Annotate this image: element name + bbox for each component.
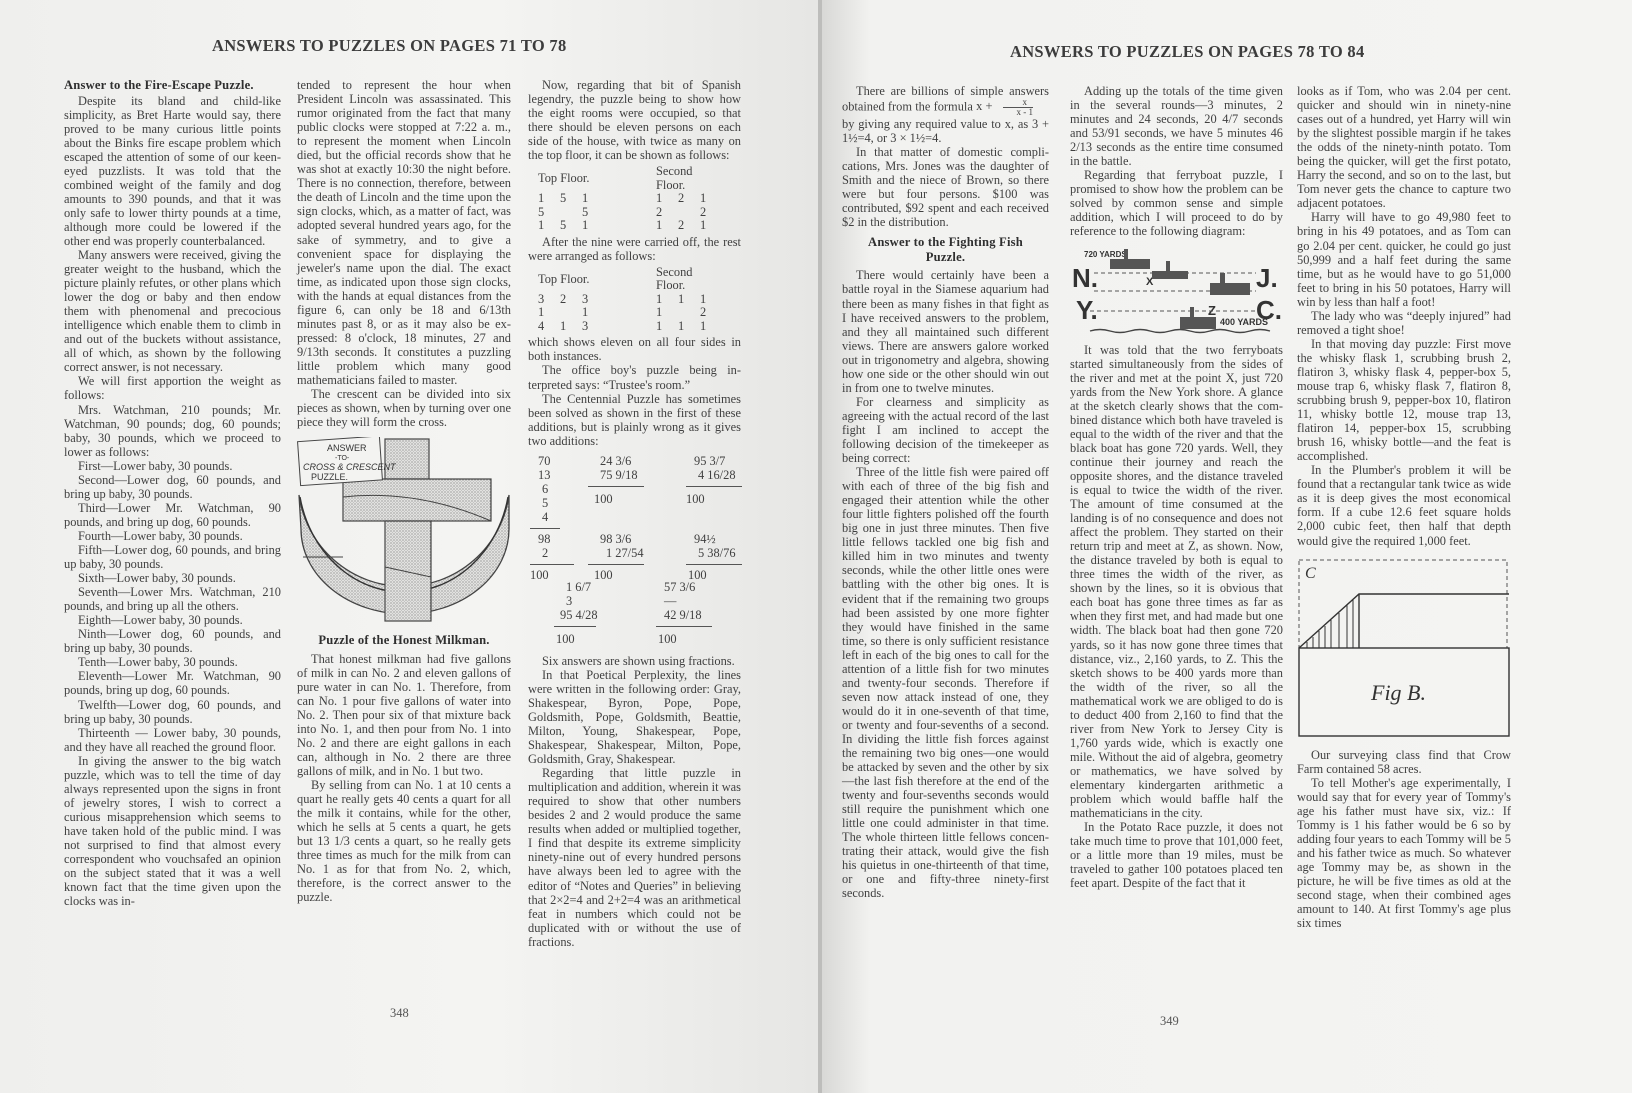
page-number-left: 348 bbox=[390, 1006, 409, 1021]
svg-text:CROSS & CRESCENT: CROSS & CRESCENT bbox=[303, 462, 397, 472]
section-heading-fighting-fish: Answer to the Fighting Fish Puzzle. bbox=[852, 235, 1039, 264]
running-head-right: ANSWERS TO PUZZLES ON PAGES 78 TO 84 bbox=[1010, 42, 1365, 62]
left-column-2: tended to represent the hour when Presid… bbox=[297, 78, 511, 905]
svg-text:N.: N. bbox=[1072, 263, 1098, 293]
rooms-table-1: Top Floor. Second Floor. 151 121 55 22 1… bbox=[538, 165, 722, 233]
paragraph: Six answers are shown using fractions. bbox=[528, 654, 741, 668]
paragraph: In the Plumber's problem it will be foun… bbox=[1297, 463, 1511, 547]
paragraph: Three of the little fish were paired off… bbox=[842, 465, 1049, 900]
right-page: ANSWERS TO PUZZLES ON PAGES 78 TO 84 The… bbox=[822, 0, 1632, 1093]
paragraph: which shows eleven on all four sides in … bbox=[528, 335, 741, 363]
paragraph: Regarding that ferryboat puzzle, I promi… bbox=[1070, 168, 1283, 238]
left-page: ANSWERS TO PUZZLES ON PAGES 71 TO 78 Ans… bbox=[0, 0, 820, 1093]
paragraph: In that matter of domestic compli­cation… bbox=[842, 145, 1049, 229]
step: Thirteenth — Lower baby, 30 pounds, and … bbox=[64, 726, 281, 754]
svg-text:J.: J. bbox=[1256, 263, 1278, 293]
paragraph: Despite its bland and child-like simplic… bbox=[64, 94, 281, 249]
step: Ninth—Lower dog, 60 pounds, and bring up… bbox=[64, 627, 281, 655]
svg-text:PUZZLE.: PUZZLE. bbox=[311, 472, 348, 482]
centennial-additions: 70 13 6 5 4 98 2 100 24 3/6 75 9/18 100 … bbox=[528, 452, 741, 648]
paragraph: We will first apportion the weight as fo… bbox=[64, 374, 281, 402]
step: Tenth—Lower baby, 30 pounds. bbox=[64, 655, 281, 669]
svg-text:400 YARDS: 400 YARDS bbox=[1220, 317, 1268, 327]
paragraph: Now, regarding that bit of Span­ish lege… bbox=[528, 78, 741, 162]
paragraph: Adding up the totals of the time given i… bbox=[1070, 84, 1283, 168]
tank-illustration-icon: C Fig B. bbox=[1297, 558, 1511, 742]
paragraph: For clearness and simplicity as agreeing… bbox=[842, 395, 1049, 465]
section-heading-fire-escape: Answer to the Fire-Escape Puzzle. bbox=[64, 78, 281, 93]
running-head-left: ANSWERS TO PUZZLES ON PAGES 71 TO 78 bbox=[212, 36, 567, 56]
step: First—Lower baby, 30 pounds. bbox=[64, 459, 281, 473]
left-column-1: Answer to the Fire-Escape Puzzle. Despit… bbox=[64, 78, 281, 908]
svg-text:Y.: Y. bbox=[1076, 295, 1098, 325]
paragraph: To tell Mother's age experiment­ally, I … bbox=[1297, 776, 1511, 931]
svg-text:C: C bbox=[1305, 565, 1316, 582]
step: Fifth—Lower dog, 60 pounds, and bring up… bbox=[64, 543, 281, 571]
paragraph: In the Potato Race puzzle, it does not t… bbox=[1070, 820, 1283, 890]
paragraph: The crescent can be divided into six pie… bbox=[297, 387, 511, 429]
paragraph: tended to represent the hour when Presid… bbox=[297, 78, 511, 387]
plumber-tank-figure: C Fig B. bbox=[1297, 558, 1511, 742]
step: Fourth—Lower baby, 30 pounds. bbox=[64, 529, 281, 543]
page-number-right: 349 bbox=[1160, 1014, 1179, 1029]
step: Eleventh—Lower Mr. Watchman, 90 pounds, … bbox=[64, 669, 281, 697]
step: Sixth—Lower baby, 30 pounds. bbox=[64, 571, 281, 585]
cross-crescent-figure: ANSWER -TO- CROSS & CRESCENT PUZZLE. bbox=[297, 437, 511, 627]
paragraph: The Centennial Puzzle has some­times bee… bbox=[528, 392, 741, 448]
step: Third—Lower Mr. Watchman, 90 pounds, and… bbox=[64, 501, 281, 529]
rooms-table-2: Top Floor. Second Floor. 323 111 11 12 4… bbox=[538, 266, 722, 334]
paragraph: That honest milkman had five gal­lons of… bbox=[297, 652, 511, 778]
book-spread: ANSWERS TO PUZZLES ON PAGES 71 TO 78 Ans… bbox=[0, 0, 1632, 1093]
right-column-3: looks as if Tom, who was 2.04 per cent. … bbox=[1297, 84, 1511, 930]
paragraph: Regarding that little puzzle in multipli… bbox=[528, 766, 741, 949]
paragraph: Mrs. Watchman, 210 pounds; Mr. Watchman,… bbox=[64, 403, 281, 459]
paragraph: Harry will have to go 49,980 feet to bri… bbox=[1297, 210, 1511, 308]
formula: x +xx - 1 bbox=[976, 99, 1049, 113]
svg-text:ANSWER: ANSWER bbox=[327, 443, 367, 453]
ferryboat-illustration-icon: 720 YARDS N. Y. J. C. X Z 400 YARDS bbox=[1070, 245, 1283, 337]
section-heading-honest-milkman: Puzzle of the Honest Milkman. bbox=[307, 633, 501, 648]
step: Twelfth—Lower dog, 60 pounds, and bring … bbox=[64, 698, 281, 726]
paragraph: looks as if Tom, who was 2.04 per cent. … bbox=[1297, 84, 1511, 210]
cross-crescent-illustration-icon: ANSWER -TO- CROSS & CRESCENT PUZZLE. bbox=[297, 437, 511, 627]
paragraph: The office boy's puzzle being in­terpret… bbox=[528, 363, 741, 391]
right-column-2: Adding up the totals of the time given i… bbox=[1070, 84, 1283, 890]
svg-text:Fig B.: Fig B. bbox=[1370, 680, 1426, 705]
left-column-3: Now, regarding that bit of Span­ish lege… bbox=[528, 78, 741, 949]
paragraph: In that Poetical Perplexity, the lines w… bbox=[528, 668, 741, 766]
paragraph: By selling from can No. 1 at 10 cents a … bbox=[297, 778, 511, 904]
svg-text:720 YARDS: 720 YARDS bbox=[1084, 250, 1127, 259]
ferryboat-diagram: 720 YARDS N. Y. J. C. X Z 400 YARDS bbox=[1070, 245, 1283, 337]
step: Second—Lower dog, 60 pounds, and bring u… bbox=[64, 473, 281, 501]
paragraph: There would certainly have been a battle… bbox=[842, 268, 1049, 394]
paragraph: The lady who was “deeply in­jured” had r… bbox=[1297, 309, 1511, 337]
right-column-1: There are billions of simple an­swers ob… bbox=[842, 84, 1049, 901]
step: Seventh—Lower Mrs. Watchman, 210 pounds,… bbox=[64, 585, 281, 613]
step: Eighth—Lower baby, 30 pounds. bbox=[64, 613, 281, 627]
paragraph: In that moving day puzzle: First move th… bbox=[1297, 337, 1511, 463]
paragraph: In giving the answer to the big watch pu… bbox=[64, 754, 281, 909]
paragraph: There are billions of simple an­swers ob… bbox=[842, 84, 1049, 145]
paragraph: After the nine were carried off, the res… bbox=[528, 235, 741, 263]
svg-text:-TO-: -TO- bbox=[335, 455, 350, 462]
paragraph: It was told that the two ferry­boats sta… bbox=[1070, 343, 1283, 821]
paragraph: Our surveying class find that Crow Farm … bbox=[1297, 748, 1511, 776]
paragraph: Many answers were received, giv­ing the … bbox=[64, 248, 281, 374]
